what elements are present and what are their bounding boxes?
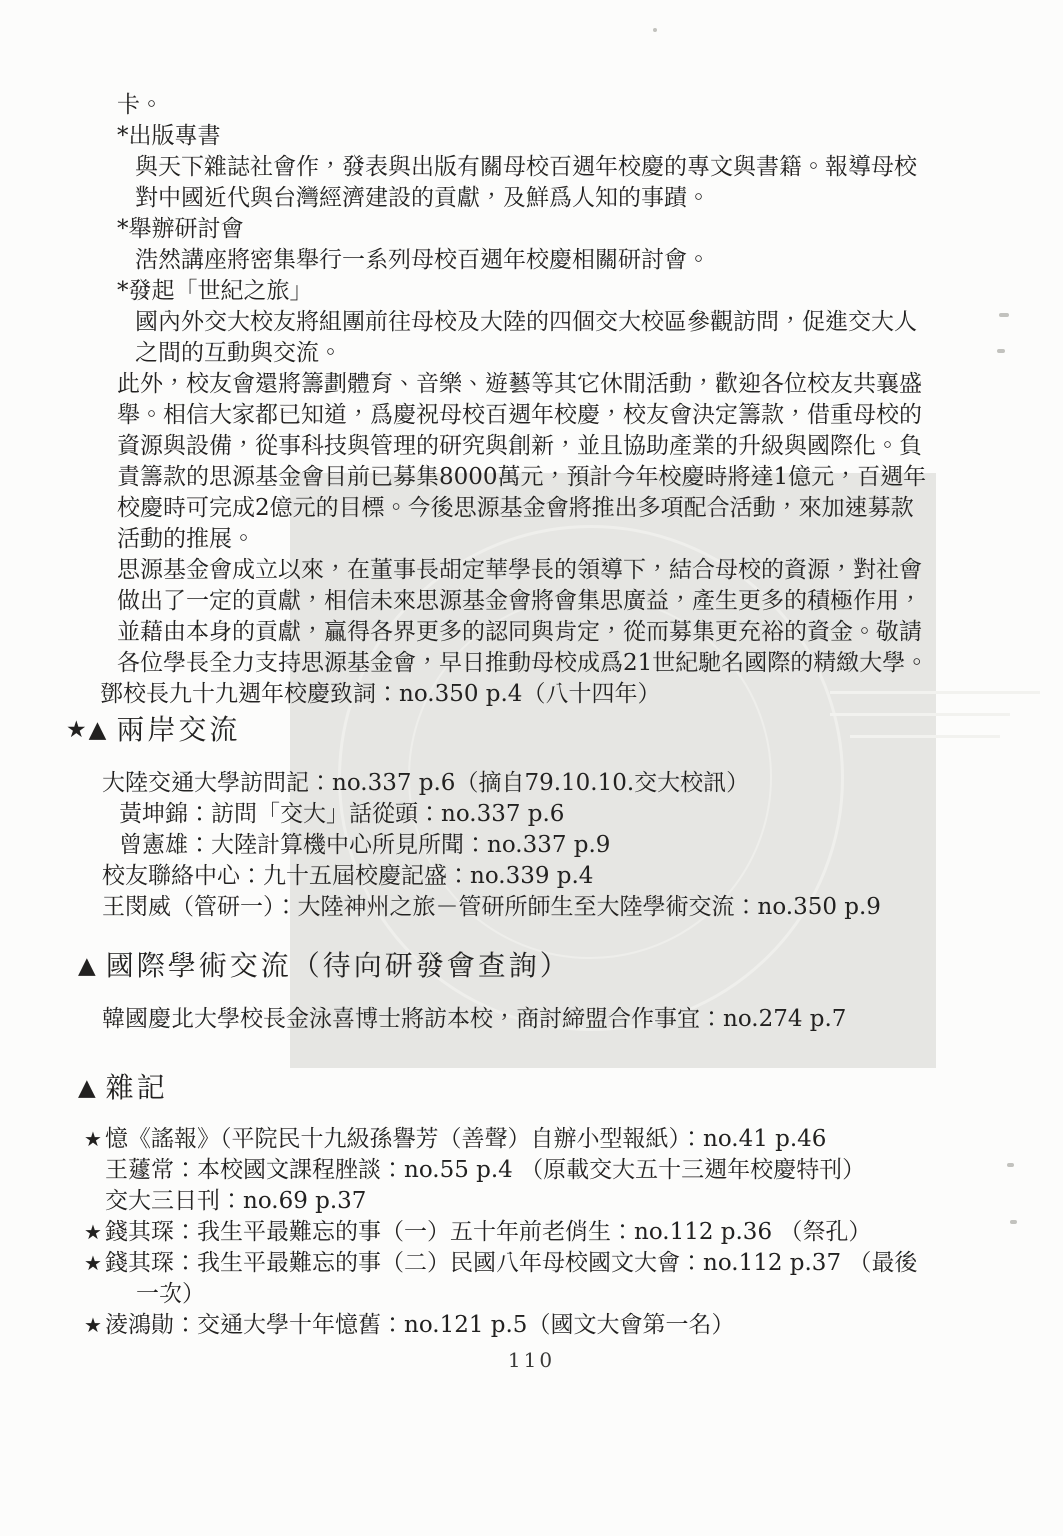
text-line: 校慶時可完成2億元的目標。今後思源基金會將推出多項配合活動，來加速募款 <box>100 493 928 524</box>
seal-line <box>830 713 1010 716</box>
list-item: 校友聯絡中心：九十五屆校慶記盛：no.339 p.4 <box>102 861 881 892</box>
list-item: 大陸交通大學訪問記：no.337 p.6（摘自79.10.10.交大校訊） <box>102 768 881 799</box>
item-marker <box>84 1155 105 1186</box>
list-item: 交大三日刊：no.69 p.37 <box>84 1186 917 1217</box>
section-heading-misc: ▲雜記 <box>78 1066 168 1106</box>
list-item-continuation: 一次） <box>115 1279 917 1310</box>
text-line: 與天下雜誌社會作，發表與出版有關母校百週年校慶的專文與書籍。報導母校 <box>100 152 928 183</box>
list-item: 韓國慶北大學校長金泳喜博士將訪本校，商討締盟合作事宜：no.274 p.7 <box>102 1004 846 1035</box>
list-item: ★憶《謠報》（平院民十九級孫譽芳（善聲）自辦小型報紙）：no.41 p.46 <box>84 1124 917 1155</box>
text-line: 資源與設備，從事科技與管理的研究與創新，並且協助產業的升級與國際化。負 <box>100 431 928 462</box>
list-item: 曾憲雄：大陸計算機中心所見所聞：no.337 p.9 <box>102 830 881 861</box>
star-icon: ★ <box>84 1124 105 1155</box>
triangle-icon: ▲ <box>78 953 98 979</box>
scan-speck <box>997 349 1005 353</box>
star-icon: ★ <box>84 1310 105 1341</box>
text-line: 做出了一定的貢獻，相信未來思源基金會將會集思廣益，產生更多的積極作用， <box>100 586 928 617</box>
scan-speck <box>653 28 657 32</box>
text-line: *舉辦研討會 <box>100 214 928 245</box>
scan-speck <box>1010 1220 1017 1224</box>
section-heading-intl-exchange: ▲國際學術交流（待向研發會查詢） <box>78 944 571 984</box>
list-item: ★錢其琛：我生平最難忘的事（二）民國八年母校國文大會：no.112 p.37 （… <box>84 1248 917 1279</box>
seal-line <box>850 735 1000 738</box>
star-icon: ★ <box>84 1248 105 1279</box>
text-line: 國內外交大校友將組團前往母校及大陸的四個交大校區參觀訪問，促進交大人 <box>100 307 928 338</box>
text-line: 活動的推展。 <box>100 524 928 555</box>
item-marker <box>84 1186 105 1217</box>
item-marker <box>115 1279 136 1310</box>
text-line: *發起「世紀之旅」 <box>100 276 928 307</box>
document-page: 卡。 *出版專書 與天下雜誌社會作，發表與出版有關母校百週年校慶的專文與書籍。報… <box>0 0 1063 1536</box>
text-line: 各位學長全力支持思源基金會，早日推動母校成爲21世紀馳名國際的精緻大學。 <box>100 648 928 679</box>
text-line: 對中國近代與台灣經濟建設的貢獻，及鮮爲人知的事蹟。 <box>100 183 928 214</box>
scan-speck <box>999 313 1009 317</box>
text-line: 卡。 <box>100 90 928 121</box>
star-triangle-icon: ★▲ <box>66 717 108 743</box>
list-item: 黃坤錦：訪問「交大」話從頭：no.337 p.6 <box>102 799 881 830</box>
triangle-icon: ▲ <box>78 1075 98 1101</box>
text-line: 浩然講座將密集舉行一系列母校百週年校慶相關研討會。 <box>100 245 928 276</box>
intro-paragraph: 卡。 *出版專書 與天下雜誌社會作，發表與出版有關母校百週年校慶的專文與書籍。報… <box>100 90 928 710</box>
star-icon: ★ <box>84 1217 105 1248</box>
text-line: *出版專書 <box>100 121 928 152</box>
text-line: 鄧校長九十九週年校慶致詞：no.350 p.4（八十四年） <box>100 679 928 710</box>
scan-speck <box>1007 1163 1014 1167</box>
text-line: 此外，校友會還將籌劃體育、音樂、遊藝等其它休閒活動，歡迎各位校友共襄盛 <box>100 369 928 400</box>
list-item: ★錢其琛：我生平最難忘的事（一）五十年前老俏生：no.112 p.36 （祭孔） <box>84 1217 917 1248</box>
misc-list: ★憶《謠報》（平院民十九級孫譽芳（善聲）自辦小型報紙）：no.41 p.46 王… <box>84 1124 917 1341</box>
page-number: 110 <box>0 1348 1063 1372</box>
section-title: 國際學術交流（待向研發會查詢） <box>106 949 571 982</box>
list-item: ★淩鴻勛：交通大學十年憶舊：no.121 p.5（國文大會第一名） <box>84 1310 917 1341</box>
section-title: 兩岸交流 <box>116 713 240 746</box>
text-line: 責籌款的思源基金會目前已募集8000萬元，預計今年校慶時將達1億元，百週年 <box>100 462 928 493</box>
text-line: 之間的互動與交流。 <box>100 338 928 369</box>
list-item: 王蘧常：本校國文課程脞談：no.55 p.4 （原載交大五十三週年校慶特刊） <box>84 1155 917 1186</box>
section-heading-cross-strait: ★▲兩岸交流 <box>66 708 240 748</box>
list-item: 王閔威（管研一）：大陸神州之旅－管研所師生至大陸學術交流：no.350 p.9 <box>102 892 881 923</box>
intl-exchange-list: 韓國慶北大學校長金泳喜博士將訪本校，商討締盟合作事宜：no.274 p.7 <box>102 1004 846 1035</box>
text-line: 思源基金會成立以來，在董事長胡定華學長的領導下，結合母校的資源，對社會 <box>100 555 928 586</box>
cross-strait-list: 大陸交通大學訪問記：no.337 p.6（摘自79.10.10.交大校訊） 黃坤… <box>102 768 881 923</box>
text-line: 舉。相信大家都已知道，爲慶祝母校百週年校慶，校友會決定籌款，借重母校的 <box>100 400 928 431</box>
text-line: 並藉由本身的貢獻，贏得各界更多的認同與肯定，從而募集更充裕的資金。敬請 <box>100 617 928 648</box>
section-title: 雜記 <box>106 1071 168 1104</box>
